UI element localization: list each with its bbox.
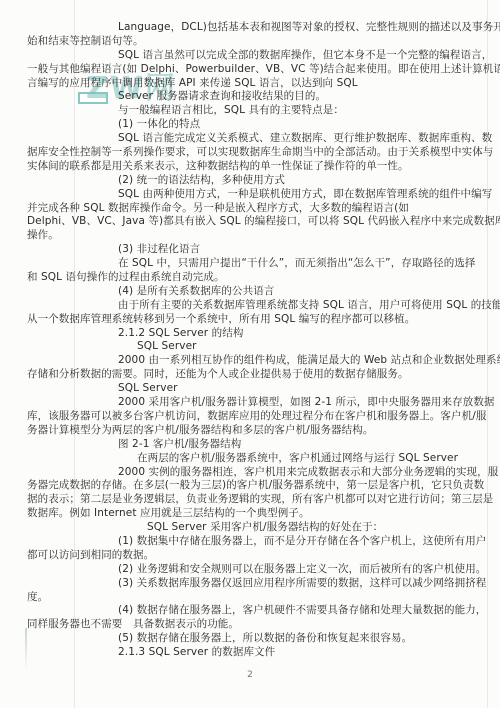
document-page: ZW网 Language，DCL)包括基本表和视图等对象的授权、完整性规则的描述… bbox=[0, 0, 500, 708]
text-line: 务器计算模型分为两层的客户机/服务器结构和多层的客户机/服务器结构。 bbox=[27, 424, 489, 438]
text-line: Server 服务器请求查询和接收结果的目的。 bbox=[27, 90, 489, 104]
text-line: 在两层的客户机/服务器系统中，客户机通过网络与运行 SQL Server bbox=[27, 452, 489, 466]
text-line: (2) 统一的语法结构，多种使用方式 bbox=[27, 174, 489, 188]
text-line: (1) 数据集中存储在服务器上，而不是分开存储在各个客户机上，这使所有用户 bbox=[27, 535, 489, 549]
text-line: 一般与其他编程语言(如 Delphi、Powerbuilder、VB、VC 等)… bbox=[27, 63, 489, 77]
text-line: 和 SQL 语句操作的过程由系统自动完成。 bbox=[27, 271, 489, 285]
text-line: 库，该服务器可以被多台客户机访问，数据库应用的处理过程分布在客户机和服务器上。客… bbox=[27, 410, 489, 424]
text-line: 2000 实例的服务器相连，客户机用来完成数据表示和大部分业务逻辑的实现，服 bbox=[27, 466, 489, 480]
text-line: SQL Server 采用客户机/服务器结构的好处在于： bbox=[27, 521, 489, 535]
text-line: 都可以访问到相同的数据。 bbox=[27, 549, 489, 563]
text-line: SQL 语言能完成定义关系模式、建立数据库、更行维护数据库、数据库重构、数 bbox=[27, 132, 489, 146]
text-line: 言编写的应用程序中调用数据库 API 来传递 SQL 语言，以达到向 SQL bbox=[27, 77, 489, 91]
text-line: 同样服务器也不需要 具备数据表示的功能。 bbox=[27, 618, 489, 632]
text-line: 2000 由一系列相互协作的组件构成，能满足最大的 Web 站点和企业数据处理系… bbox=[27, 354, 489, 368]
page-number: 2 bbox=[0, 670, 500, 680]
text-line: 据的表示；第二层是业务逻辑层，负责业务逻辑的实现，所有客户机都可以对它进行访问；… bbox=[27, 493, 489, 507]
text-line: SQL 语言虽然可以完成全部的数据库操作，但它本身不是一个完整的编程语言， bbox=[27, 49, 489, 63]
text-line: 在 SQL 中，只需用户提出“干什么”，而无须指出“怎么干”，存取路径的选择 bbox=[27, 257, 489, 271]
text-line: 据库安全性控制等一系列操作要求，可以实现数据库生命期当中的全部活动。由于关系模型… bbox=[27, 146, 489, 160]
text-line: 务器完成数据的存储。在多层(一般为三层)的客户机/服务器系统中，第一层是客户机，… bbox=[27, 479, 489, 493]
text-line: (5) 数据存储在服务器上，所以数据的备份和恢复起来很容易。 bbox=[27, 632, 489, 646]
text-line: 数据库。例如 Internet 应用就是三层结构的一个典型例子。 bbox=[27, 507, 489, 521]
text-line: SQL Server bbox=[27, 340, 489, 354]
text-line: 度。 bbox=[27, 591, 489, 605]
text-line: (2) 业务逻辑和安全规则可以在服务器上定义一次，而后被所有的客户机使用。 bbox=[27, 563, 489, 577]
text-line: (4) 是所有关系数据库的公共语言 bbox=[27, 285, 489, 299]
text-line: 图 2-1 客户机/服务器结构 bbox=[27, 438, 489, 452]
text-line: 操作。 bbox=[27, 229, 489, 243]
text-line: 2.1.2 SQL Server 的结构 bbox=[27, 327, 489, 341]
text-line: (3) 关系数据库服务器仅返回应用程序所需要的数据，这样可以减少网络拥挤程 bbox=[27, 577, 489, 591]
text-line: 2.1.3 SQL Server 的数据库文件 bbox=[27, 646, 489, 660]
text-line: 并完成各种 SQL 数据库操作命令。另一种是嵌入程序方式，大多数的编程语言(如 bbox=[27, 202, 489, 216]
text-line: 实体间的联系都是用关系来表示，这种数据结构的单一性保证了操作符的单一性。 bbox=[27, 160, 489, 174]
text-line: 2000 采用客户机/服务器计算模型，如图 2-1 所示，即中央服务器用来存放数… bbox=[27, 396, 489, 410]
text-line: 始和结束等控制语句等。 bbox=[27, 35, 489, 49]
text-block: Language，DCL)包括基本表和视图等对象的授权、完整性规则的描述以及事务… bbox=[27, 21, 489, 660]
text-line: (4) 数据存储在服务器上，客户机硬件不需要具备存储和处理大量数据的能力， bbox=[27, 604, 489, 618]
text-line: 与一般编程语言相比，SQL 具有的主要特点是： bbox=[27, 104, 489, 118]
text-line: 由于所有主要的关系数据库管理系统都支持 SQL 语言，用户可将使用 SQL 的技… bbox=[27, 299, 489, 313]
text-line: 从一个数据库管理系统转移到另一个系统中，所有用 SQL 编写的程序都可以移植。 bbox=[27, 313, 489, 327]
text-line: (3) 非过程化语言 bbox=[27, 243, 489, 257]
text-line: SQL Server bbox=[27, 382, 489, 396]
text-line: SQL 由两种使用方式，一种是联机使用方式，即在数据库管理系统的组件中编写 bbox=[27, 188, 489, 202]
text-line: (1) 一体化的特点 bbox=[27, 118, 489, 132]
text-line: 存储和分析数据的需要。同时，还能为个人或企业提供易于使用的数据存储服务。 bbox=[27, 368, 489, 382]
text-line: Delphi、VB、VC、Java 等)都具有嵌入 SQL 的编程接口，可以将 … bbox=[27, 215, 489, 229]
text-line: Language，DCL)包括基本表和视图等对象的授权、完整性规则的描述以及事务… bbox=[27, 21, 489, 35]
